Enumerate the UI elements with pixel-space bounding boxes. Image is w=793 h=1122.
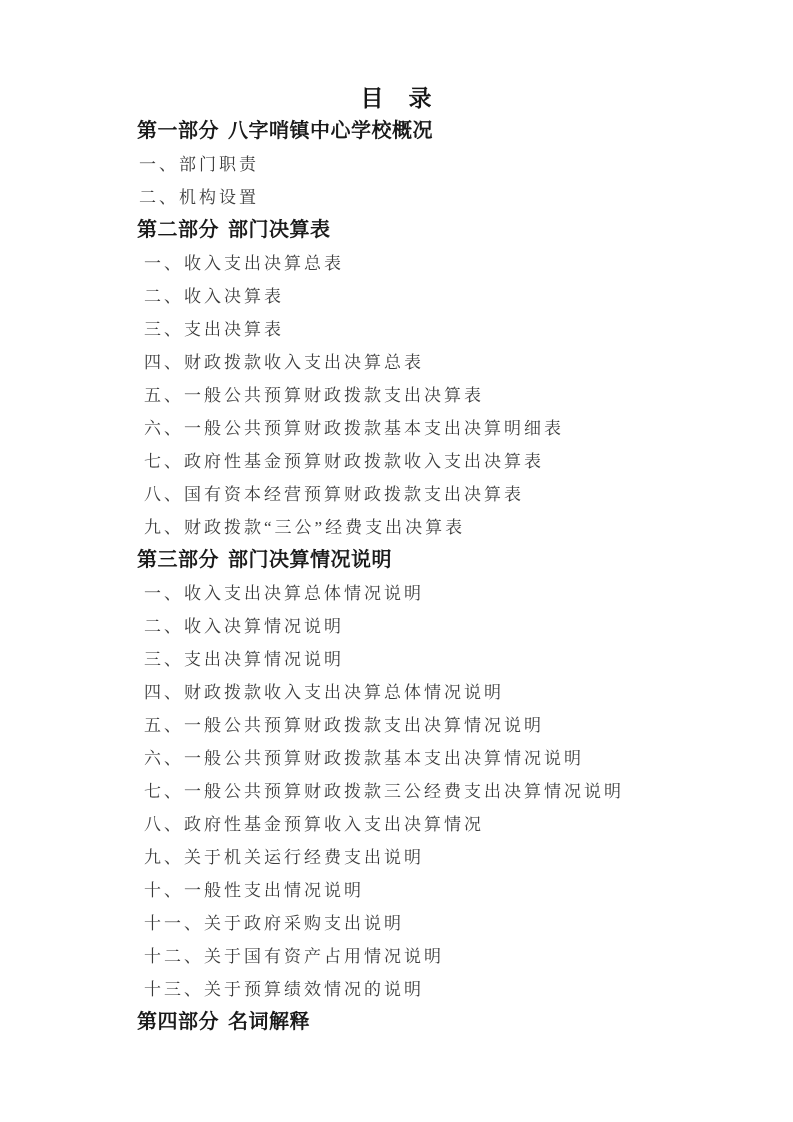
toc-item: 四、财政拨款收入支出决算总体情况说明 [144, 676, 753, 709]
section-1-heading: 第一部分 八字哨镇中心学校概况 [137, 115, 753, 148]
toc-item: 四、财政拨款收入支出决算总表 [144, 346, 753, 379]
toc-section-2: 第二部分 部门决算表 一、收入支出决算总表 二、收入决算表 三、支出决算表 四、… [137, 214, 753, 544]
toc-item: 八、政府性基金预算收入支出决算情况 [144, 808, 753, 841]
toc-item: 七、一般公共预算财政拨款三公经费支出决算情况说明 [144, 775, 753, 808]
toc-title: 目 录 [40, 82, 753, 115]
toc-item: 十、一般性支出情况说明 [144, 874, 753, 907]
toc-item: 八、国有资本经营预算财政拨款支出决算表 [144, 478, 753, 511]
toc-item: 一、收入支出决算总体情况说明 [144, 577, 753, 610]
document-page: 目 录 第一部分 八字哨镇中心学校概况 一、部门职责 二、机构设置 第二部分 部… [0, 0, 793, 1122]
toc-item: 十一、关于政府采购支出说明 [144, 907, 753, 940]
toc-item: 二、收入决算表 [144, 280, 753, 313]
toc-item: 三、支出决算表 [144, 313, 753, 346]
toc-item: 三、支出决算情况说明 [144, 643, 753, 676]
toc-item: 九、财政拨款“三公”经费支出决算表 [144, 511, 753, 544]
toc-item: 五、一般公共预算财政拨款支出决算表 [144, 379, 753, 412]
toc-item: 六、一般公共预算财政拨款基本支出决算明细表 [144, 412, 753, 445]
toc-item: 六、一般公共预算财政拨款基本支出决算情况说明 [144, 742, 753, 775]
toc-item: 一、收入支出决算总表 [144, 247, 753, 280]
toc-item: 十二、关于国有资产占用情况说明 [144, 940, 753, 973]
toc-section-3: 第三部分 部门决算情况说明 一、收入支出决算总体情况说明 二、收入决算情况说明 … [137, 544, 753, 1006]
toc-section-1: 第一部分 八字哨镇中心学校概况 一、部门职责 二、机构设置 [137, 115, 753, 214]
toc-item: 十三、关于预算绩效情况的说明 [144, 973, 753, 1006]
toc-item: 二、收入决算情况说明 [144, 610, 753, 643]
section-2-heading: 第二部分 部门决算表 [137, 214, 753, 247]
toc-item: 二、机构设置 [139, 181, 753, 214]
toc-item: 九、关于机关运行经费支出说明 [144, 841, 753, 874]
section-3-heading: 第三部分 部门决算情况说明 [137, 544, 753, 577]
toc-item: 七、政府性基金预算财政拨款收入支出决算表 [144, 445, 753, 478]
toc-section-4: 第四部分 名词解释 [137, 1006, 753, 1039]
toc-item: 五、一般公共预算财政拨款支出决算情况说明 [144, 709, 753, 742]
section-4-heading: 第四部分 名词解释 [137, 1006, 753, 1039]
toc-item: 一、部门职责 [139, 148, 753, 181]
